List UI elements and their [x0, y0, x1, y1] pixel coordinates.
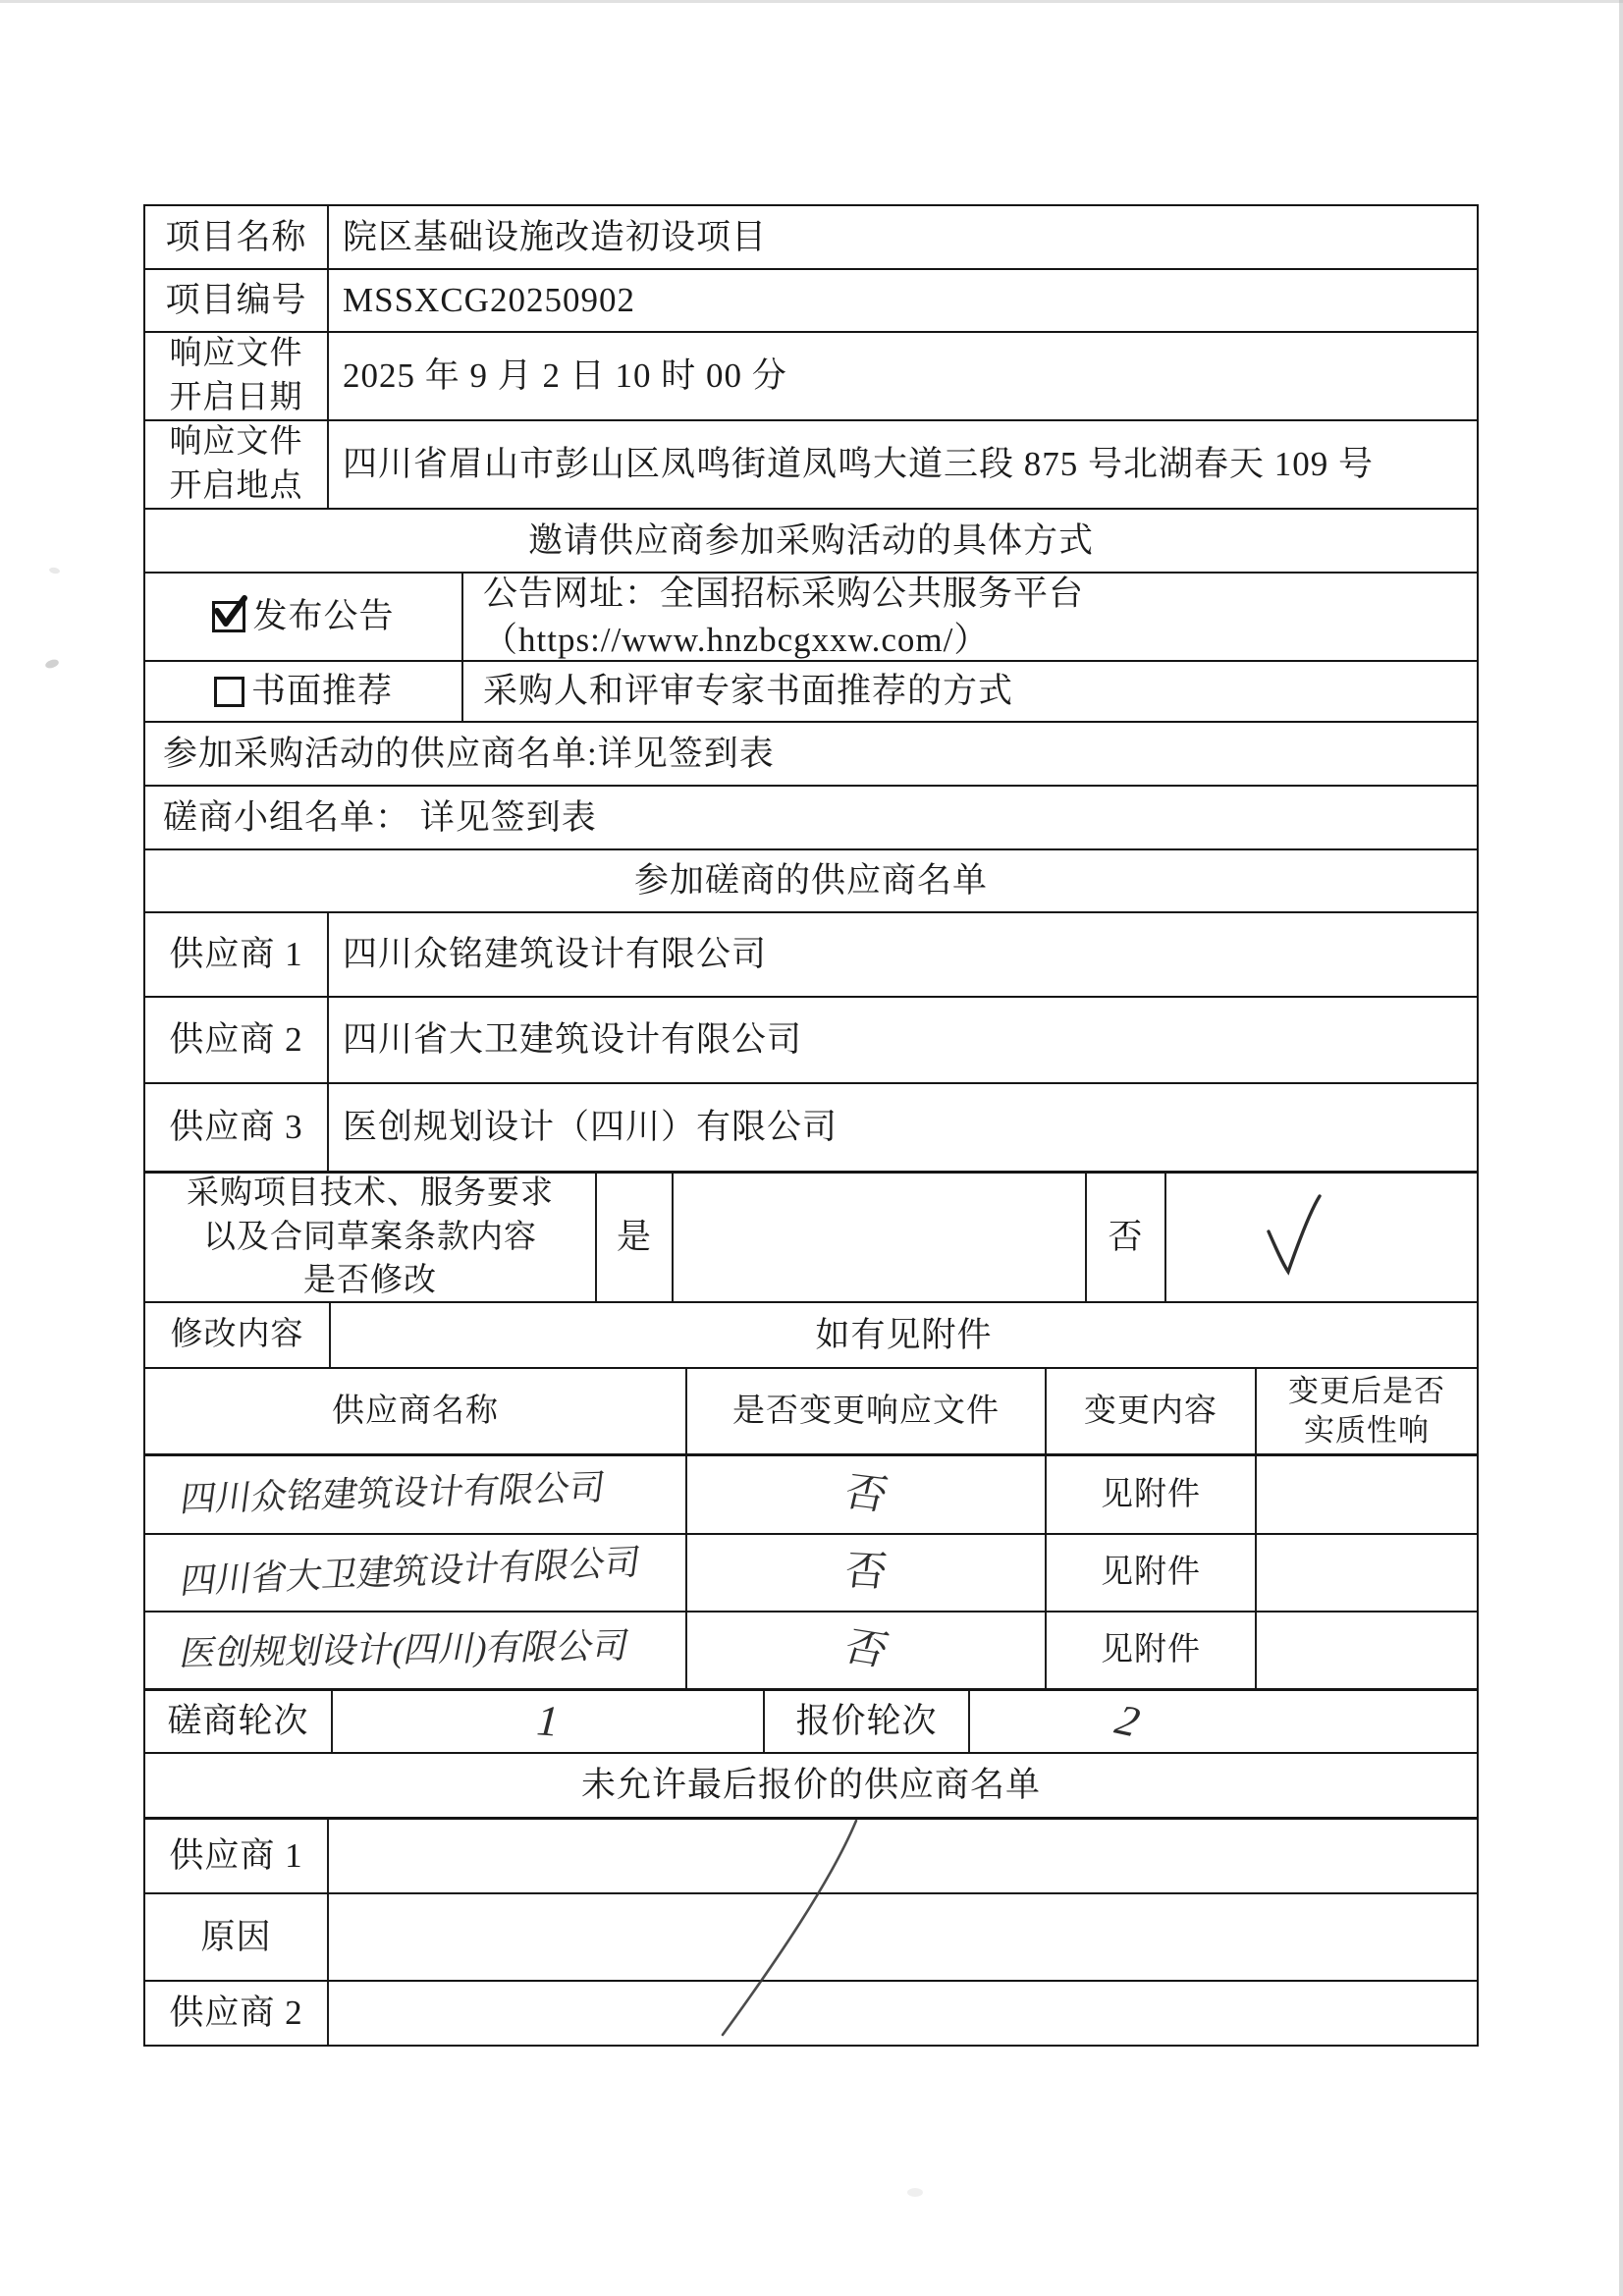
checkbox-unchecked-icon [214, 677, 244, 707]
panel-list-text: 磋商小组名单： 详见签到表 [145, 787, 1477, 848]
row-open-date: 响应文件 开启日期 2025 年 9 月 2 日 10 时 00 分 [145, 331, 1477, 419]
project-name-label: 项目名称 [145, 206, 327, 268]
option-recommendation-label: 书面推荐 [251, 668, 393, 714]
open-date-value: 2025 年 9 月 2 日 10 时 00 分 [327, 333, 1477, 419]
check-icon [1261, 1192, 1325, 1283]
option-announcement-label: 发布公告 [252, 593, 394, 639]
change-2-substantive [1255, 1535, 1477, 1611]
change-1-name: 四川众铭建筑设计有限公司 [145, 1456, 685, 1533]
form-table: 项目名称 院区基础设施改造初设项目 项目编号 MSSXCG20250902 响应… [143, 204, 1479, 2047]
attend-list-text: 参加采购活动的供应商名单:详见签到表 [145, 723, 1477, 785]
change-1-changed: 否 [685, 1456, 1045, 1533]
change-3-name: 医创规划设计(四川)有限公司 [145, 1613, 685, 1688]
row-panel-list: 磋商小组名单： 详见签到表 [145, 785, 1477, 848]
row-change-2: 四川省大卫建筑设计有限公司 否 见附件 [145, 1533, 1477, 1611]
row-modify-question: 采购项目技术、服务要求 以及合同草案条款内容 是否修改 是 否 [145, 1171, 1477, 1301]
final-list-title: 未允许最后报价的供应商名单 [145, 1754, 1477, 1817]
change-header-supplier: 供应商名称 [145, 1369, 685, 1453]
row-attend-list: 参加采购活动的供应商名单:详见签到表 [145, 721, 1477, 785]
row-modify-content: 修改内容 如有见附件 [145, 1301, 1477, 1367]
scanned-procurement-form: 项目名称 院区基础设施改造初设项目 项目编号 MSSXCG20250902 响应… [0, 0, 1623, 2296]
row-final-reason: 原因 [145, 1892, 1477, 1980]
handwritten-round-2: 2 [1105, 1692, 1152, 1751]
row-option-recommendation: 书面推荐 采购人和评审专家书面推荐的方式 [145, 660, 1477, 721]
option-announcement: 发布公告 [212, 593, 394, 639]
final-supplier-2-label: 供应商 2 [145, 1982, 327, 2045]
change-2-content: 见附件 [1045, 1535, 1255, 1611]
open-date-label: 响应文件 开启日期 [145, 333, 327, 419]
row-project-number: 项目编号 MSSXCG20250902 [145, 268, 1477, 331]
supplier-2-name: 四川省大卫建筑设计有限公司 [327, 998, 1477, 1082]
scan-edge-top [0, 0, 1623, 3]
change-3-substantive [1255, 1613, 1477, 1688]
handwritten-round-1: 1 [530, 1692, 567, 1751]
change-1-content: 见附件 [1045, 1456, 1255, 1533]
final-supplier-1-value [327, 1820, 1477, 1892]
margin-smudge [907, 2188, 923, 2197]
change-2-changed: 否 [685, 1535, 1045, 1611]
change-header-substantive: 变更后是否 实质性响 [1255, 1369, 1477, 1453]
project-number-label: 项目编号 [145, 270, 327, 331]
row-final-supplier-1: 供应商 1 [145, 1817, 1477, 1892]
handwritten-supplier-name: 医创规划设计(四川)有限公司 [155, 1627, 631, 1672]
row-project-name: 项目名称 院区基础设施改造初设项目 [145, 206, 1477, 268]
option-announcement-cell: 发布公告 [145, 574, 461, 660]
row-open-place: 响应文件 开启地点 四川省眉山市彭山区凤鸣街道凤鸣大道三段 875 号北湖春天 … [145, 419, 1477, 508]
option-recommendation-desc: 采购人和评审专家书面推荐的方式 [461, 662, 1477, 721]
modify-yes-label: 是 [595, 1174, 672, 1301]
handwritten-supplier-name: 四川省大卫建筑设计有限公司 [157, 1544, 643, 1602]
modify-question-label: 采购项目技术、服务要求 以及合同草案条款内容 是否修改 [145, 1174, 595, 1301]
row-final-title: 未允许最后报价的供应商名单 [145, 1752, 1477, 1817]
negotiation-round-value: 1 [331, 1691, 763, 1752]
option-announcement-desc: 公告网址：全国招标采购公共服务平台 （https://www.hnzbcgxxw… [461, 574, 1477, 660]
open-place-label: 响应文件 开启地点 [145, 421, 327, 508]
row-final-supplier-2: 供应商 2 [145, 1980, 1477, 2045]
margin-smudge [44, 658, 60, 670]
change-header-content: 变更内容 [1045, 1369, 1255, 1453]
row-supplier-1: 供应商 1 四川众铭建筑设计有限公司 [145, 911, 1477, 996]
supplier-2-label: 供应商 2 [145, 998, 327, 1082]
change-1-substantive [1255, 1456, 1477, 1533]
negotiation-title: 参加磋商的供应商名单 [145, 850, 1477, 911]
project-number-value: MSSXCG20250902 [327, 270, 1477, 331]
invite-title: 邀请供应商参加采购活动的具体方式 [145, 510, 1477, 572]
quote-round-label: 报价轮次 [763, 1691, 968, 1752]
change-2-name: 四川省大卫建筑设计有限公司 [145, 1535, 685, 1611]
option-recommendation: 书面推荐 [214, 668, 393, 714]
final-reason-label: 原因 [145, 1894, 327, 1980]
negotiation-round-label: 磋商轮次 [145, 1691, 331, 1752]
row-change-header: 供应商名称 是否变更响应文件 变更内容 变更后是否 实质性响 [145, 1367, 1477, 1453]
modify-no-label: 否 [1085, 1174, 1164, 1301]
final-supplier-2-value [327, 1982, 1477, 2045]
scan-edge-right [1619, 0, 1623, 2296]
modify-content-label: 修改内容 [145, 1303, 329, 1367]
supplier-3-name: 医创规划设计（四川）有限公司 [327, 1084, 1477, 1171]
quote-round-value: 2 [968, 1691, 1477, 1752]
change-3-content: 见附件 [1045, 1613, 1255, 1688]
handwritten-supplier-name: 四川众铭建筑设计有限公司 [157, 1470, 608, 1520]
modify-yes-value [672, 1174, 1085, 1301]
final-reason-value [327, 1894, 1477, 1980]
row-supplier-2: 供应商 2 四川省大卫建筑设计有限公司 [145, 996, 1477, 1082]
row-invite-title: 邀请供应商参加采购活动的具体方式 [145, 508, 1477, 572]
row-change-3: 医创规划设计(四川)有限公司 否 见附件 [145, 1611, 1477, 1688]
row-negotiation-title: 参加磋商的供应商名单 [145, 848, 1477, 911]
checkbox-checked-icon [212, 601, 245, 632]
handwritten-no: 否 [839, 1465, 893, 1525]
row-rounds: 磋商轮次 1 报价轮次 2 [145, 1688, 1477, 1752]
handwritten-no: 否 [842, 1544, 891, 1602]
supplier-1-name: 四川众铭建筑设计有限公司 [327, 913, 1477, 996]
handwritten-no: 否 [838, 1620, 894, 1680]
final-supplier-1-label: 供应商 1 [145, 1820, 327, 1892]
modify-content-value: 如有见附件 [329, 1303, 1477, 1367]
row-option-announcement: 发布公告 公告网址：全国招标采购公共服务平台 （https://www.hnzb… [145, 572, 1477, 660]
supplier-3-label: 供应商 3 [145, 1084, 327, 1171]
option-recommendation-cell: 书面推荐 [145, 662, 461, 721]
change-header-changed: 是否变更响应文件 [685, 1369, 1045, 1453]
row-supplier-3: 供应商 3 医创规划设计（四川）有限公司 [145, 1082, 1477, 1171]
supplier-1-label: 供应商 1 [145, 913, 327, 996]
modify-no-value [1164, 1174, 1477, 1301]
row-change-1: 四川众铭建筑设计有限公司 否 见附件 [145, 1453, 1477, 1533]
margin-smudge [49, 567, 61, 574]
change-3-changed: 否 [685, 1613, 1045, 1688]
open-place-value: 四川省眉山市彭山区凤鸣街道凤鸣大道三段 875 号北湖春天 109 号 [327, 421, 1477, 508]
project-name-value: 院区基础设施改造初设项目 [327, 206, 1477, 268]
